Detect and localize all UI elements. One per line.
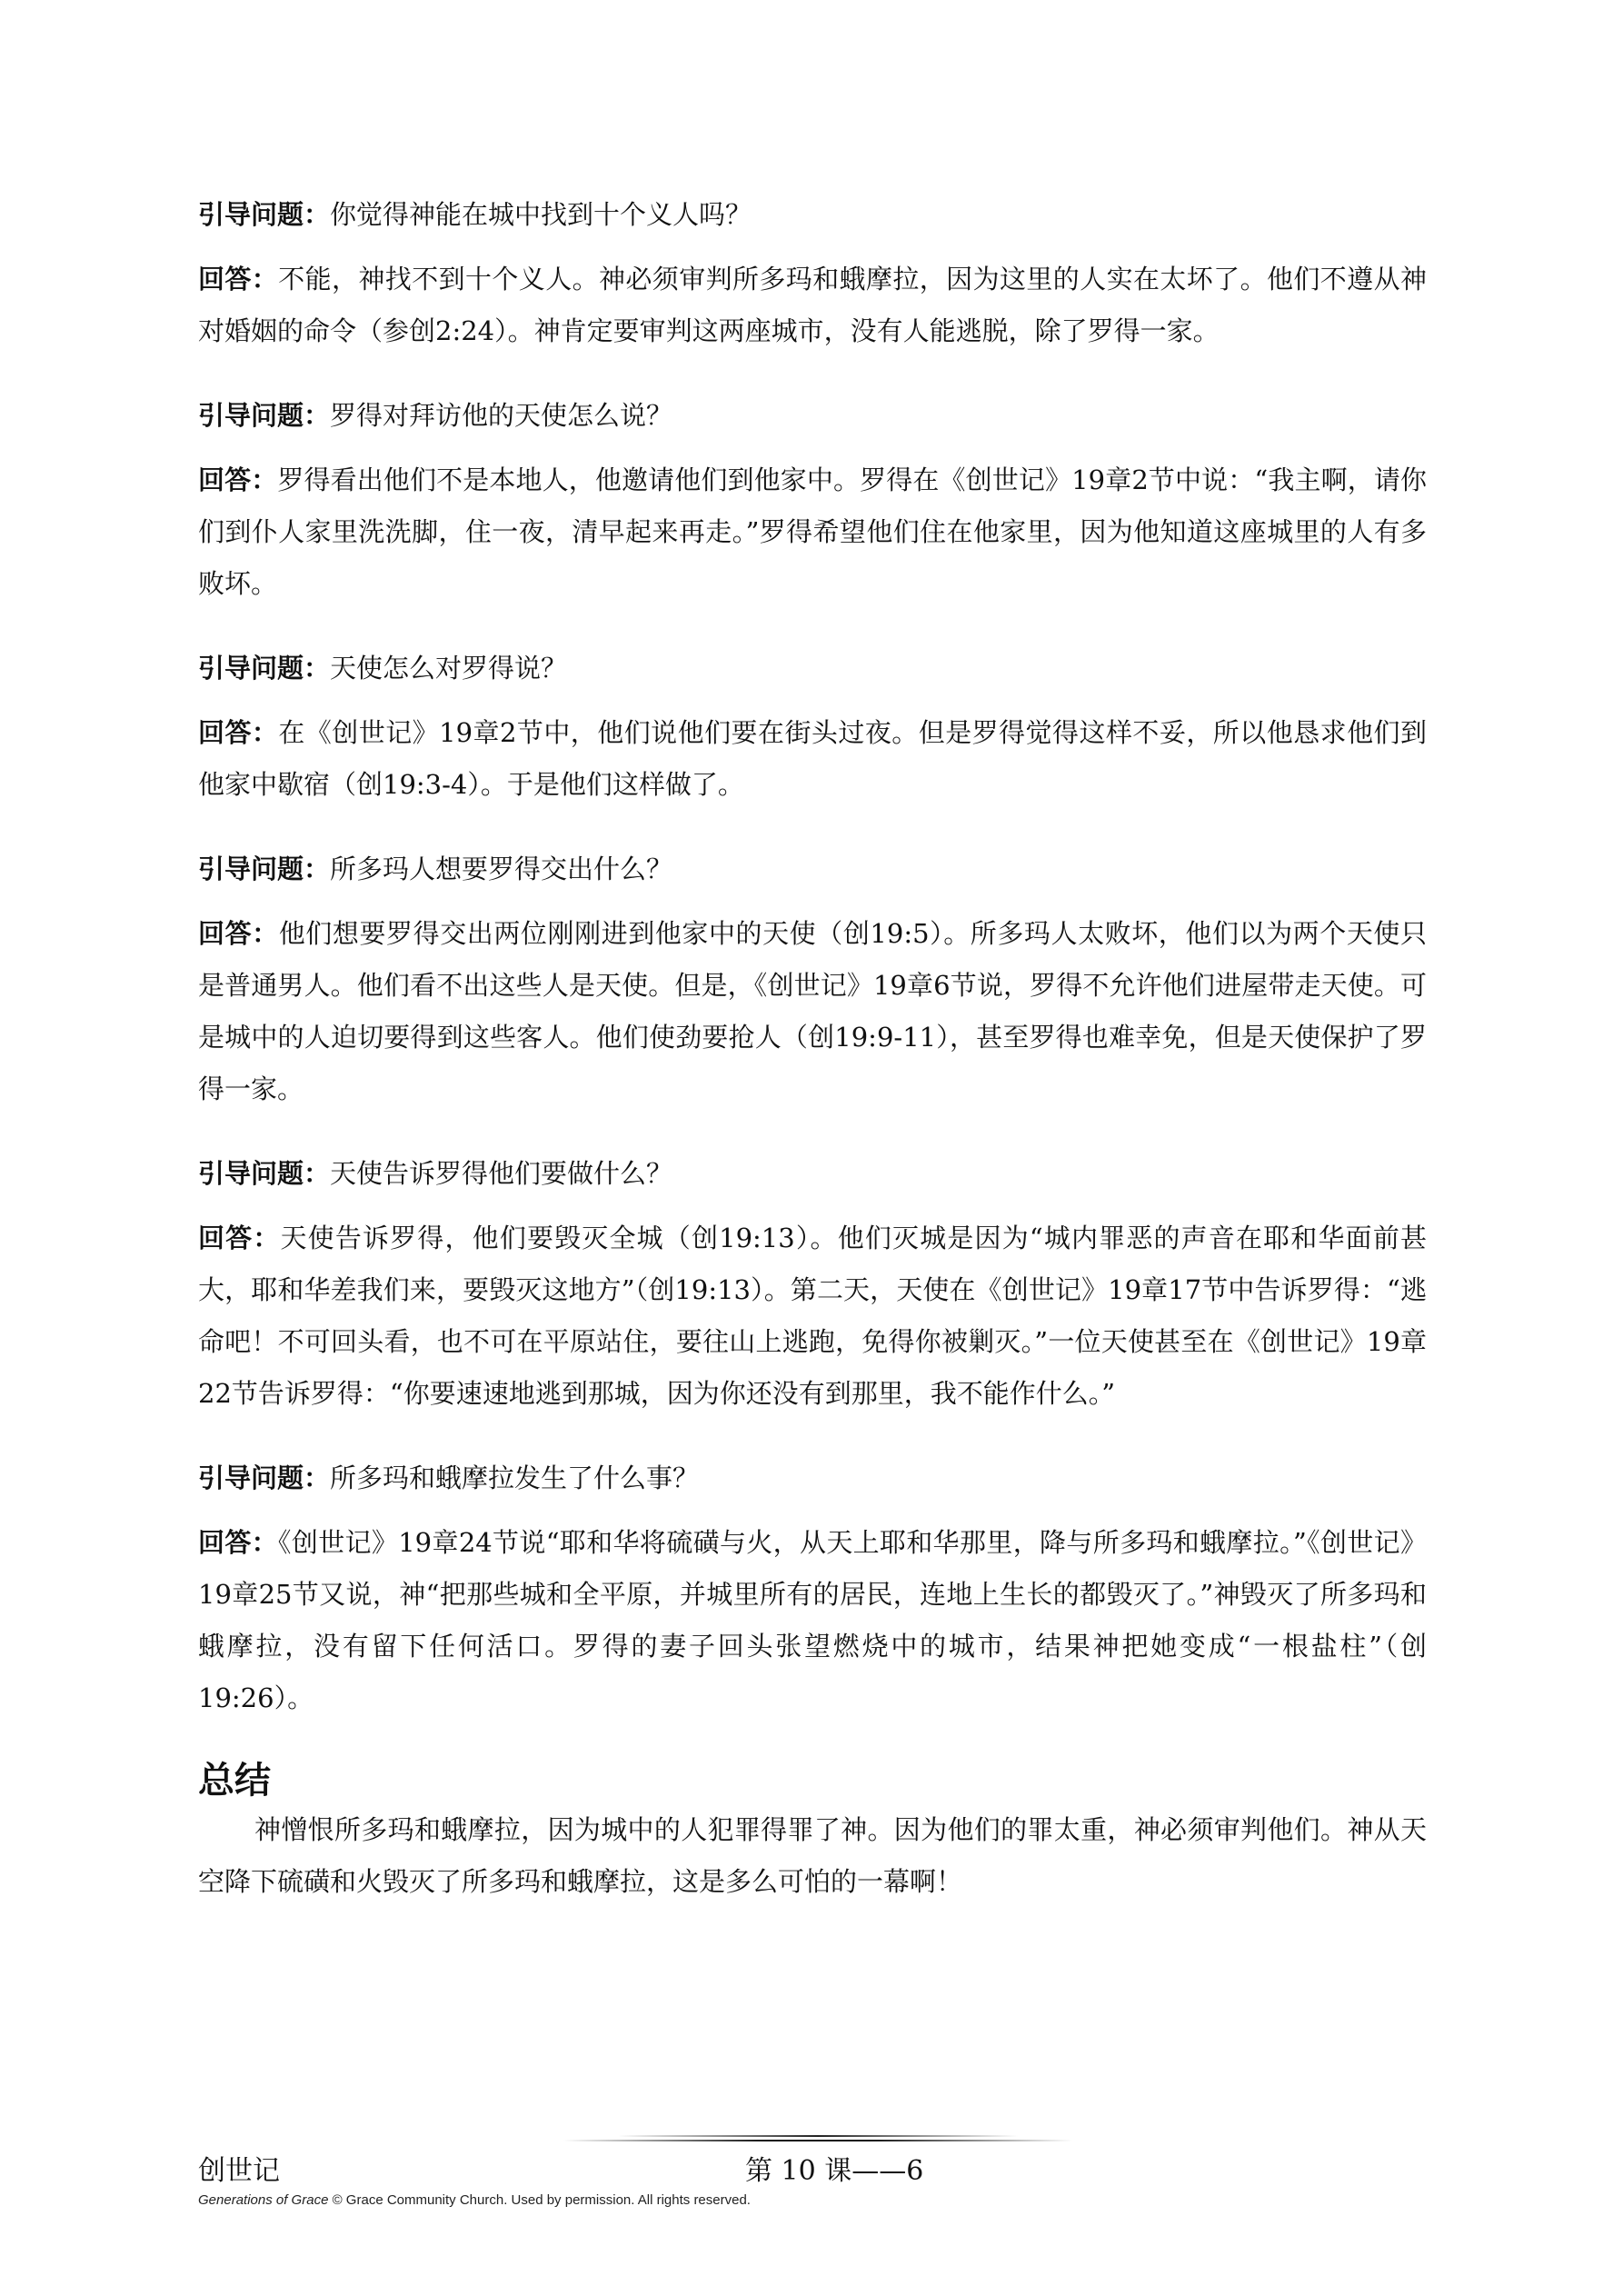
summary-section: 总结 神憎恨所多玛和蛾摩拉，因为城中的人犯罪得罪了神。因为他们的罪太重，神必须审… xyxy=(198,1757,1427,1908)
answer-text: 他们想要罗得交出两位刚刚进到他家中的天使（创19:5）。所多玛人太败坏，他们以为… xyxy=(198,918,1427,1104)
question-label: 引导问题： xyxy=(198,854,330,884)
footer-page-number: 第 10 课——6 xyxy=(745,2148,923,2188)
question-text: 你觉得神能在城中找到十个义人吗？ xyxy=(330,199,752,230)
answer-text: 不能，神找不到十个义人。神必须审判所多玛和蛾摩拉，因为这里的人实在太坏了。他们不… xyxy=(198,264,1427,346)
footer-divider xyxy=(563,2135,1072,2141)
summary-text: 神憎恨所多玛和蛾摩拉，因为城中的人犯罪得罪了神。因为他们的罪太重，神必须审判他们… xyxy=(198,1804,1427,1908)
footer-book-title: 创世记 xyxy=(198,2148,280,2188)
question-label: 引导问题： xyxy=(198,653,330,684)
qa-block-3: 引导问题：天使怎么对罗得说？ 回答：在《创世记》19章2节中，他们说他们要在街头… xyxy=(198,643,1427,811)
qa-block-2: 引导问题：罗得对拜访他的天使怎么说？ 回答：罗得看出他们不是本地人，他邀请他们到… xyxy=(198,390,1427,610)
guiding-question: 引导问题：所多玛和蛾摩拉发生了什么事？ xyxy=(198,1452,1427,1504)
answer-text: 在《创世记》19章2节中，他们说他们要在街头过夜。但是罗得觉得这样不妥，所以他恳… xyxy=(198,717,1427,800)
answer-text: 《创世记》19章24节说“耶和华将硫磺与火，从天上耶和华那里，降与所多玛和蛾摩拉… xyxy=(198,1527,1427,1713)
guiding-question: 引导问题：天使怎么对罗得说？ xyxy=(198,643,1427,694)
summary-heading: 总结 xyxy=(198,1757,1427,1804)
guiding-question: 引导问题：天使告诉罗得他们要做什么？ xyxy=(198,1148,1427,1200)
answer: 回答：《创世记》19章24节说“耶和华将硫磺与火，从天上耶和华那里，降与所多玛和… xyxy=(198,1517,1427,1724)
question-text: 所多玛人想要罗得交出什么？ xyxy=(330,854,672,884)
answer-label: 回答： xyxy=(198,464,277,495)
answer: 回答：不能，神找不到十个义人。神必须审判所多玛和蛾摩拉，因为这里的人实在太坏了。… xyxy=(198,254,1427,357)
question-text: 天使告诉罗得他们要做什么？ xyxy=(330,1158,672,1189)
question-text: 罗得对拜访他的天使怎么说？ xyxy=(330,400,672,431)
copyright-notice: © Grace Community Church. Used by permis… xyxy=(328,2192,751,2208)
qa-block-6: 引导问题：所多玛和蛾摩拉发生了什么事？ 回答：《创世记》19章24节说“耶和华将… xyxy=(198,1452,1427,1724)
answer-label: 回答： xyxy=(198,264,278,294)
question-label: 引导问题： xyxy=(198,1158,330,1189)
guiding-question: 引导问题：所多玛人想要罗得交出什么？ xyxy=(198,844,1427,895)
answer: 回答：他们想要罗得交出两位刚刚进到他家中的天使（创19:5）。所多玛人太败坏，他… xyxy=(198,908,1427,1115)
document-body: 引导问题：你觉得神能在城中找到十个义人吗？ 回答：不能，神找不到十个义人。神必须… xyxy=(198,189,1427,1908)
answer: 回答：罗得看出他们不是本地人，他邀请他们到他家中。罗得在《创世记》19章2节中说… xyxy=(198,454,1427,610)
question-label: 引导问题： xyxy=(198,400,330,431)
answer-text: 天使告诉罗得，他们要毁灭全城（创19:13）。他们灭城是因为“城内罪恶的声音在耶… xyxy=(198,1223,1427,1409)
qa-block-4: 引导问题：所多玛人想要罗得交出什么？ 回答：他们想要罗得交出两位刚刚进到他家中的… xyxy=(198,844,1427,1115)
guiding-question: 引导问题：罗得对拜访他的天使怎么说？ xyxy=(198,390,1427,442)
answer-label: 回答： xyxy=(198,1223,281,1253)
question-label: 引导问题： xyxy=(198,199,330,230)
answer-text: 罗得看出他们不是本地人，他邀请他们到他家中。罗得在《创世记》19章2节中说：“我… xyxy=(198,464,1427,599)
question-text: 所多玛和蛾摩拉发生了什么事？ xyxy=(330,1462,699,1493)
qa-block-1: 引导问题：你觉得神能在城中找到十个义人吗？ 回答：不能，神找不到十个义人。神必须… xyxy=(198,189,1427,357)
qa-block-5: 引导问题：天使告诉罗得他们要做什么？ 回答：天使告诉罗得，他们要毁灭全城（创19… xyxy=(198,1148,1427,1420)
answer: 回答：天使告诉罗得，他们要毁灭全城（创19:13）。他们灭城是因为“城内罪恶的声… xyxy=(198,1213,1427,1420)
footer-copyright: Generations of Grace © Grace Community C… xyxy=(198,2192,751,2208)
answer-label: 回答： xyxy=(198,918,279,949)
question-label: 引导问题： xyxy=(198,1462,330,1493)
guiding-question: 引导问题：你觉得神能在城中找到十个义人吗？ xyxy=(198,189,1427,241)
question-text: 天使怎么对罗得说？ xyxy=(330,653,567,684)
answer-label: 回答： xyxy=(198,1527,278,1558)
answer: 回答：在《创世记》19章2节中，他们说他们要在街头过夜。但是罗得觉得这样不妥，所… xyxy=(198,707,1427,811)
answer-label: 回答： xyxy=(198,717,278,748)
copyright-publication: Generations of Grace xyxy=(198,2192,328,2208)
